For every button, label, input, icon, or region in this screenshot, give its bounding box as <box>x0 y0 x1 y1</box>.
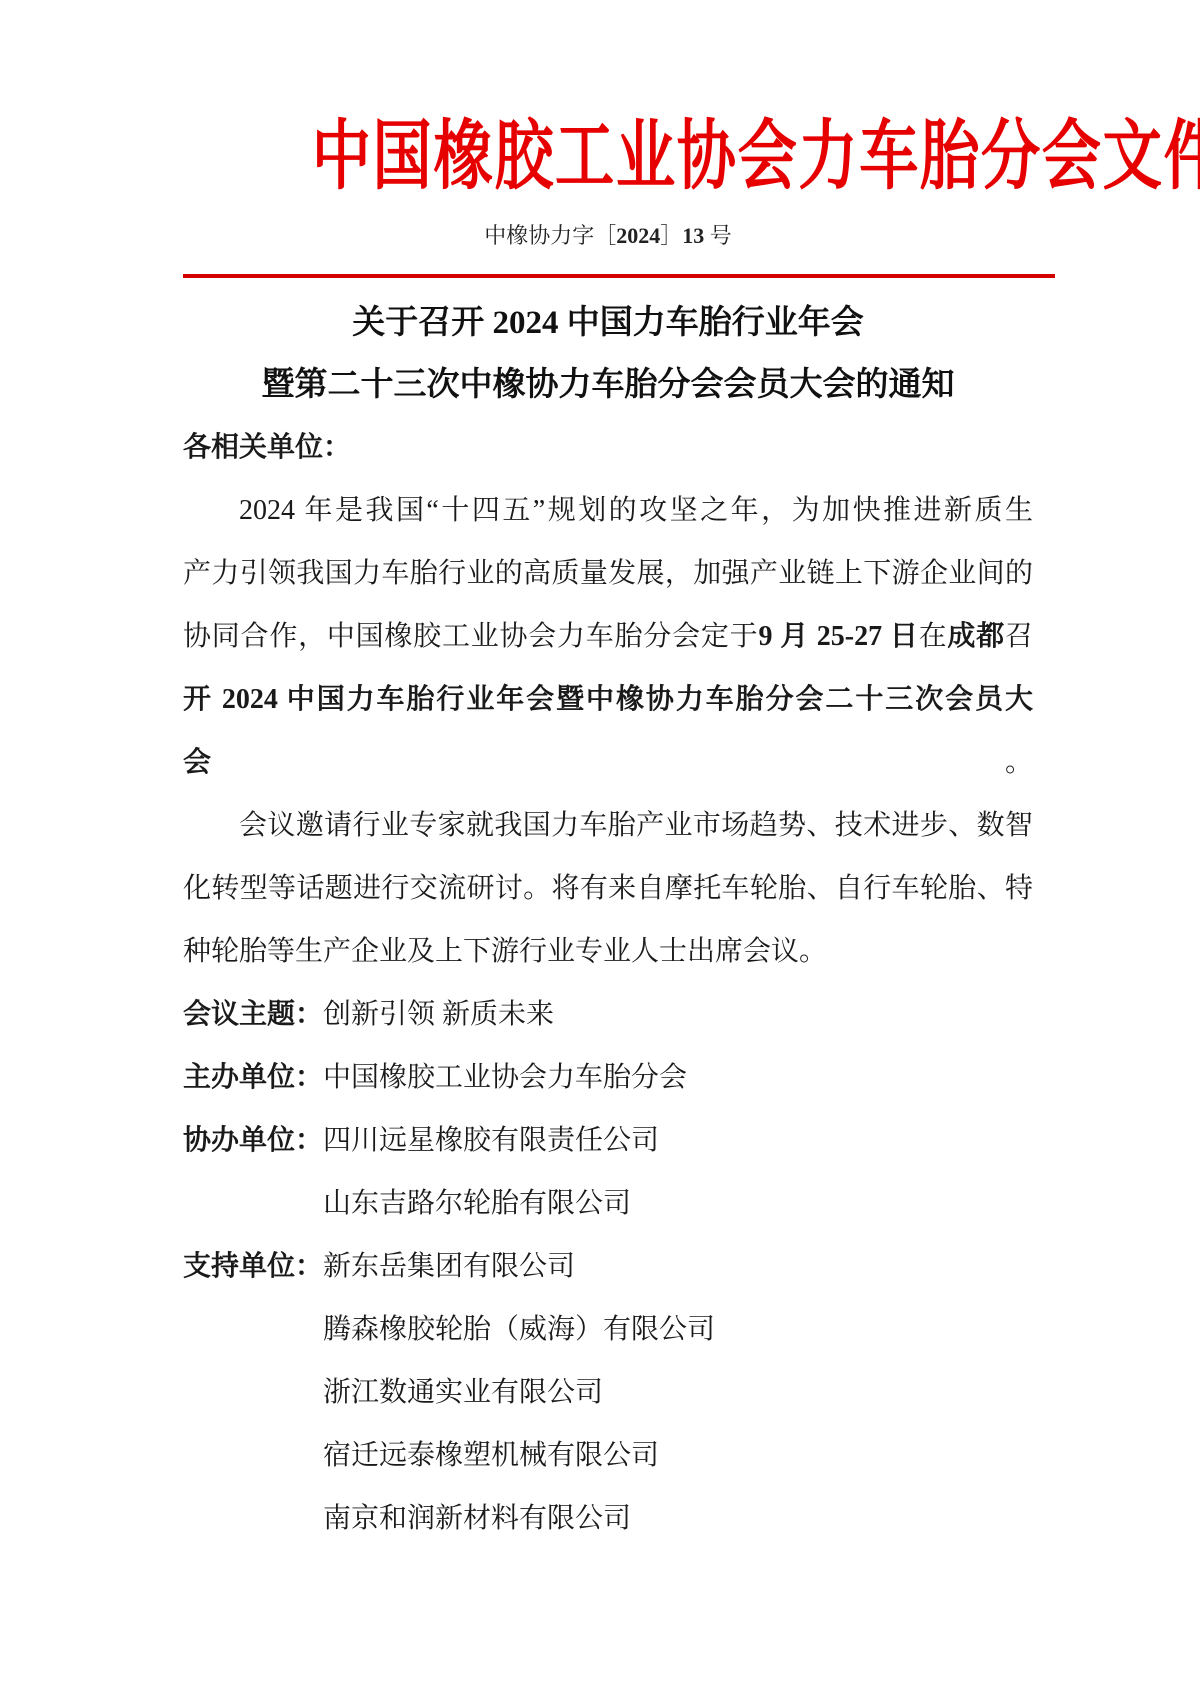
co-organizer-label: 协办单位： <box>183 1125 323 1156</box>
paragraph-2-line-3: 种轮胎等生产企业及上下游行业专业人士出席会议。 <box>183 920 1033 983</box>
supporter-item: 腾森橡胶轮胎（威海）有限公司 <box>183 1298 1033 1361</box>
doc-number-suffix: 号 <box>704 223 732 248</box>
paragraph-1-line-2: 产力引领我国力车胎行业的高质量发展，加强产业链上下游企业间的 <box>183 542 1033 605</box>
supporter-row: 支持单位：新东岳集团有限公司 <box>183 1235 1033 1298</box>
salutation: 各相关单位： <box>183 416 1033 479</box>
paragraph-text: 召 <box>1005 621 1033 652</box>
paragraph-1-line-3: 协同合作，中国橡胶工业协会力车胎分会定于9 月 25-27 日在成都召 <box>183 605 1033 668</box>
paragraph-text: 。 <box>1005 747 1033 778</box>
document-title-line-1: 关于召开 2024 中国力车胎行业年会 <box>183 292 1033 354</box>
supporter-item: 新东岳集团有限公司 <box>323 1251 575 1282</box>
document-body: 各相关单位： 2024 年是我国“十四五”规划的攻坚之年，为加快推进新质生 产力… <box>183 416 1033 1550</box>
meeting-name-emphasis: 开 2024 中国力车胎行业年会暨中橡协力车胎分会二十三次会员大会 <box>183 684 1033 778</box>
supporter-item: 浙江数通实业有限公司 <box>183 1361 1033 1424</box>
document-title: 关于召开 2024 中国力车胎行业年会 暨第二十三次中橡协力车胎分会会员大会的通… <box>183 292 1033 416</box>
paragraph-text: 协同合作，中国橡胶工业协会力车胎分会定于 <box>183 621 758 652</box>
letterhead-title: 中国橡胶工业协会力车胎分会文件 <box>183 108 1033 207</box>
meeting-theme-row: 会议主题：创新引领 新质未来 <box>183 983 1033 1046</box>
doc-number-year: 2024 <box>616 223 660 248</box>
supporter-label: 支持单位： <box>183 1251 323 1282</box>
host-row: 主办单位：中国橡胶工业协会力车胎分会 <box>183 1046 1033 1109</box>
host-label: 主办单位： <box>183 1062 323 1093</box>
co-organizer-item: 四川远星橡胶有限责任公司 <box>323 1125 659 1156</box>
supporter-item: 宿迁远泰橡塑机械有限公司 <box>183 1424 1033 1487</box>
paragraph-1-line-1: 2024 年是我国“十四五”规划的攻坚之年，为加快推进新质生 <box>183 479 1033 542</box>
paragraph-text: 在 <box>919 621 948 652</box>
supporter-item: 南京和润新材料有限公司 <box>183 1487 1033 1550</box>
paragraph-1-line-4: 开 2024 中国力车胎行业年会暨中橡协力车胎分会二十三次会员大会。 <box>183 668 1033 794</box>
doc-number-serial: 13 <box>682 223 704 248</box>
co-organizer-item: 山东吉路尔轮胎有限公司 <box>183 1172 1033 1235</box>
paragraph-2-line-2: 化转型等话题进行交流研讨。将有来自摩托车轮胎、自行车轮胎、特 <box>183 857 1033 920</box>
paragraph-2-line-1: 会议邀请行业专家就我国力车胎产业市场趋势、技术进步、数智 <box>183 794 1033 857</box>
host-value: 中国橡胶工业协会力车胎分会 <box>323 1062 687 1093</box>
meeting-city-emphasis: 成都 <box>947 621 1005 652</box>
doc-number-prefix: 中橡协力字［ <box>484 223 616 248</box>
document-title-line-2: 暨第二十三次中橡协力车胎分会会员大会的通知 <box>183 354 1033 416</box>
letterhead-title-text: 中国橡胶工业协会力车胎分会文件 <box>312 108 1200 207</box>
meeting-theme-label: 会议主题： <box>183 999 323 1030</box>
document-page: 中国橡胶工业协会力车胎分会文件 中橡协力字［2024］13 号 关于召开 202… <box>0 0 1200 1696</box>
red-divider-line <box>183 274 1055 278</box>
meeting-date-emphasis: 9 月 25-27 日 <box>758 621 918 652</box>
meeting-theme-value: 创新引领 新质未来 <box>323 999 554 1030</box>
co-organizer-row: 协办单位：四川远星橡胶有限责任公司 <box>183 1109 1033 1172</box>
doc-number: 中橡协力字［2024］13 号 <box>183 219 1033 250</box>
doc-number-bracket: ］ <box>660 223 682 248</box>
